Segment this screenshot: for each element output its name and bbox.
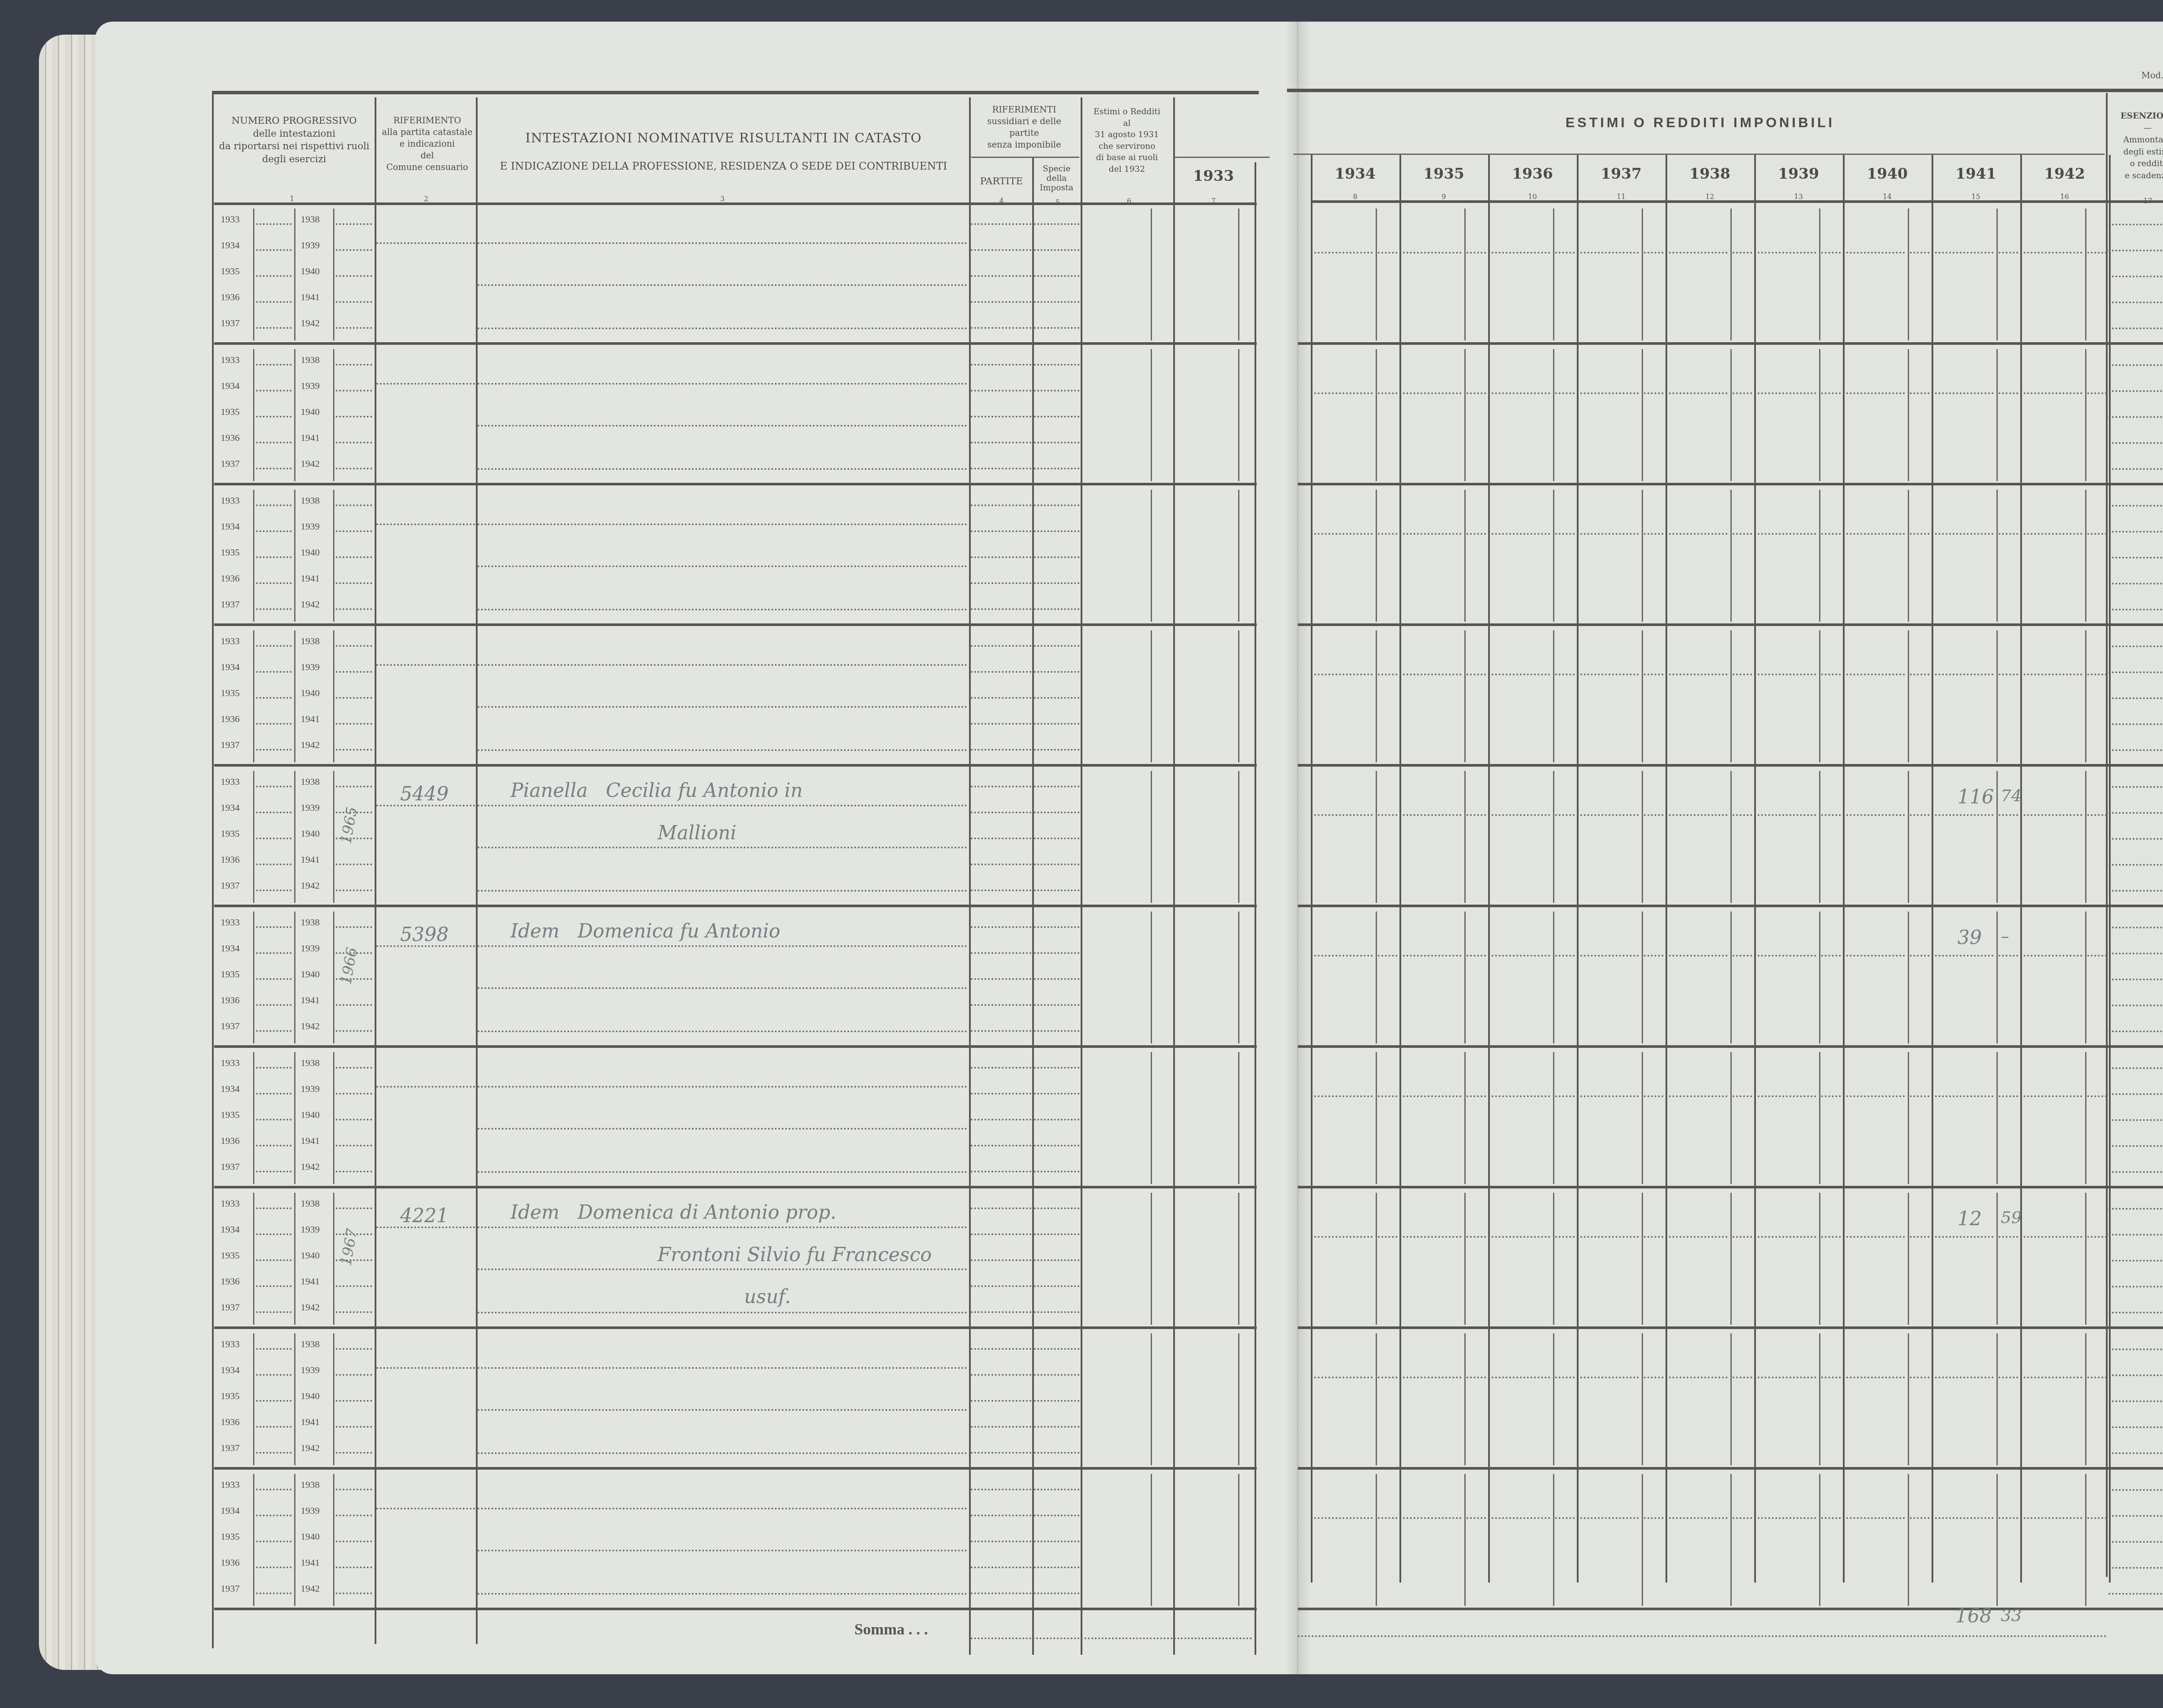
header-col2-line: e indicazioni	[376, 138, 478, 150]
somma-1941-cent: 33	[2001, 1606, 2022, 1625]
cell-dots	[971, 1004, 1031, 1006]
cell-dots	[1758, 1236, 1816, 1238]
header-col45-line: sussidiari e delle partite	[971, 116, 1077, 139]
col-divider	[294, 1193, 295, 1325]
cell-dots	[1314, 1377, 1373, 1378]
row-year: 1941	[301, 1276, 320, 1287]
year-dots	[256, 416, 292, 417]
cent-divider	[1996, 349, 1998, 481]
row-year: 1934	[221, 240, 240, 251]
amount-1941-cent: 59	[2001, 1208, 2022, 1227]
cell-dots	[1034, 1400, 1079, 1402]
cent-divider	[1464, 490, 1466, 622]
year-dots	[336, 1145, 372, 1146]
block-separator	[214, 764, 1257, 767]
cell-dots	[1378, 1236, 1397, 1238]
year-dots	[256, 504, 292, 506]
year-dots	[256, 952, 292, 954]
cent-divider	[1464, 1193, 1466, 1325]
cent-divider	[1730, 1333, 1732, 1465]
cell-dots	[1034, 364, 1079, 366]
cell-dots	[1580, 533, 1639, 535]
col-divider	[2106, 93, 2108, 1577]
cent-divider	[1908, 912, 1909, 1043]
row-year: 1933	[221, 917, 240, 928]
esenzioni-dots	[2108, 1400, 2163, 1402]
owner-name-line-1: Idem Domenica fu Antonio	[510, 920, 780, 942]
block-separator	[1298, 1045, 2163, 1048]
cell-dots	[1034, 697, 1079, 699]
col-divider	[253, 1052, 254, 1184]
cell-dots	[1034, 723, 1079, 725]
esenzioni-dots	[2108, 1489, 2163, 1491]
cell-dots	[1034, 1348, 1079, 1350]
row-year: 1936	[221, 1416, 240, 1428]
row-year: 1939	[301, 661, 320, 673]
col-divider	[294, 349, 295, 481]
year-header-1936: 1936	[1488, 164, 1577, 184]
cell-dots	[971, 416, 1031, 417]
cell-dots	[971, 749, 1031, 751]
cell-dots	[1467, 955, 1486, 957]
header-col6-line: che servirono	[1081, 141, 1172, 152]
row-year: 1940	[301, 687, 320, 699]
cell-dots	[2087, 533, 2107, 535]
row-year: 1936	[221, 995, 240, 1006]
esenzioni-dots	[2108, 927, 2163, 928]
cent-divider	[1996, 630, 1998, 762]
col-number: 15	[1967, 193, 1985, 201]
cent-divider	[1819, 490, 1820, 622]
year-col-divider	[1311, 155, 1313, 1583]
header-col1-line: delle intestazioni	[214, 128, 374, 141]
cell-dots	[2024, 252, 2082, 254]
year-dots	[336, 1093, 372, 1095]
block-separator	[214, 1186, 1257, 1188]
esenzioni-dots	[2108, 1567, 2163, 1569]
year-dots	[256, 978, 292, 980]
row-year: 1940	[301, 266, 320, 277]
year-dots	[336, 1348, 372, 1350]
cell-dots	[1378, 955, 1397, 957]
cell-dots	[1378, 1377, 1397, 1378]
cell-dots	[1669, 1377, 1727, 1378]
cell-dots	[1034, 582, 1079, 584]
cent-divider	[1819, 1193, 1820, 1325]
cell-dots	[1555, 674, 1575, 675]
row-year: 1936	[221, 1135, 240, 1146]
row-year: 1934	[221, 1364, 240, 1376]
year-dots	[336, 504, 372, 506]
cell-dots	[1999, 392, 2018, 394]
cent-divider	[1642, 1193, 1643, 1325]
cell-dots	[1910, 1517, 1929, 1519]
row-year: 1933	[221, 1339, 240, 1350]
cent-divider	[1151, 349, 1152, 481]
year-dots	[336, 1311, 372, 1313]
year-dots	[256, 1515, 292, 1516]
col-divider	[253, 630, 254, 762]
cent-divider	[2085, 1333, 2086, 1465]
cell-dots	[1555, 1517, 1575, 1519]
cell-dots	[1034, 1004, 1079, 1006]
cent-divider	[1238, 349, 1239, 481]
year-dots	[256, 864, 292, 865]
esenzioni-dots	[2108, 1145, 2163, 1147]
year-dots	[256, 1592, 292, 1594]
year-header-1934: 1934	[1311, 164, 1399, 184]
cent-divider	[1553, 1052, 1554, 1184]
year-dots	[256, 1374, 292, 1376]
row-year: 1933	[221, 495, 240, 506]
cell-dots	[1034, 1311, 1079, 1313]
col-divider	[294, 630, 295, 762]
cell-dots	[1821, 1377, 1841, 1378]
header-col7-year: 1933	[1175, 167, 1252, 186]
cell-dots	[1999, 674, 2018, 675]
name-line-dots	[478, 1367, 967, 1369]
partita-dots	[376, 664, 475, 666]
cent-divider	[1151, 1474, 1152, 1606]
cell-dots	[1034, 301, 1079, 303]
header-col45: RIFERIMENTI sussidiari e delle partite s…	[971, 104, 1077, 151]
year-dots	[256, 812, 292, 813]
cell-dots	[2024, 392, 2082, 394]
esenzioni-dots	[2108, 890, 2163, 892]
cell-dots	[1034, 390, 1079, 392]
cent-divider	[2085, 209, 2086, 340]
cell-dots	[1733, 1095, 1752, 1097]
header-col1-line: da riportarsi nei rispettivi ruoli	[214, 140, 374, 153]
cell-dots	[1555, 955, 1575, 957]
cell-dots	[1034, 1452, 1079, 1454]
cell-dots	[2087, 1236, 2107, 1238]
cent-divider	[1819, 630, 1820, 762]
year-dots	[256, 1541, 292, 1542]
year-dots	[256, 442, 292, 443]
year-dots	[336, 864, 372, 865]
esenzioni-dots	[2108, 838, 2163, 840]
cell-dots	[1314, 1236, 1373, 1238]
cent-divider	[1238, 1193, 1239, 1325]
cent-divider	[1908, 1052, 1909, 1184]
cent-divider	[1238, 771, 1239, 903]
esenzioni-dots	[2108, 1452, 2163, 1454]
year-dots	[256, 1348, 292, 1350]
row-year: 1933	[221, 776, 240, 787]
cell-dots	[1314, 814, 1373, 816]
name-line-dots	[478, 664, 967, 666]
year-col-divider	[1488, 155, 1490, 1583]
row-year: 1942	[301, 1161, 320, 1172]
cell-dots	[1910, 1095, 1929, 1097]
year-dots	[336, 582, 372, 584]
year-header-1937: 1937	[1577, 164, 1666, 184]
header-col1-line: degli esercizi	[214, 153, 374, 166]
cell-dots	[1034, 1030, 1079, 1032]
year-dots	[256, 1093, 292, 1095]
name-line-dots	[478, 284, 967, 286]
name-line-dots	[478, 987, 967, 989]
cell-dots	[1403, 814, 1461, 816]
cell-dots	[971, 1207, 1031, 1209]
col-number: 8	[1347, 193, 1364, 201]
row-year: 1941	[301, 432, 320, 443]
cell-dots	[1644, 674, 1663, 675]
col-divider	[294, 912, 295, 1043]
cell-dots	[1910, 955, 1929, 957]
cell-dots	[971, 1285, 1031, 1287]
name-line-dots	[478, 242, 967, 244]
cell-dots	[1733, 1236, 1752, 1238]
cell-dots	[1669, 1517, 1727, 1519]
col-number: 13	[1790, 193, 1807, 201]
col-divider	[253, 1474, 254, 1606]
row-year: 1935	[221, 1250, 240, 1261]
header-col6-line: Estimi o Redditi	[1081, 106, 1172, 118]
cent-divider	[1376, 630, 1377, 762]
cell-dots	[1580, 1377, 1639, 1378]
cent-divider	[1464, 209, 1466, 340]
form-id: Mod. 111 - Imposte Dirette (Intercalare)…	[2141, 70, 2163, 80]
cell-dots	[1555, 392, 1575, 394]
cell-dots	[1758, 1095, 1816, 1097]
header-divider	[971, 157, 1079, 158]
col-divider	[294, 1333, 295, 1465]
row-year: 1936	[221, 573, 240, 584]
book-gutter	[1285, 22, 1311, 1674]
row-year: 1935	[221, 406, 240, 417]
block-separator	[214, 623, 1257, 626]
year-dots	[336, 530, 372, 532]
row-year: 1939	[301, 943, 320, 954]
cell-dots	[1999, 1377, 2018, 1378]
esenzioni-dots	[2108, 224, 2163, 225]
cell-dots	[1034, 1067, 1079, 1069]
row-year: 1937	[221, 318, 240, 329]
row-year: 1941	[301, 573, 320, 584]
cell-dots	[1580, 674, 1639, 675]
name-line-dots	[478, 1508, 967, 1509]
esenzioni-dots	[2108, 505, 2163, 507]
name-line-dots	[478, 425, 967, 427]
esenzioni-line: Ammontare	[2108, 134, 2163, 146]
amount-1941-lire: 39	[1958, 927, 1982, 949]
cell-dots	[1034, 864, 1079, 865]
partita-dots	[376, 242, 475, 244]
cell-dots	[1314, 392, 1373, 394]
row-year: 1938	[301, 354, 320, 366]
cent-divider	[1908, 349, 1909, 481]
col-number: 16	[2056, 193, 2073, 201]
year-dots	[336, 1374, 372, 1376]
cell-dots	[1034, 608, 1079, 610]
cell-dots	[971, 530, 1031, 532]
cell-dots	[1034, 1119, 1079, 1120]
year-dots	[336, 556, 372, 558]
cell-dots	[971, 812, 1031, 813]
esenzioni-dots	[2108, 1593, 2163, 1595]
year-header-1942: 1942	[2020, 164, 2109, 184]
header-col6-line: del 1932	[1081, 164, 1172, 175]
cent-divider	[1730, 912, 1732, 1043]
year-dots	[256, 1311, 292, 1313]
cell-dots	[1846, 533, 1905, 535]
esenzioni-line: o redditi	[2108, 158, 2163, 170]
block-separator	[1298, 342, 2163, 345]
block-separator	[1298, 1186, 2163, 1188]
cell-dots	[1034, 1233, 1079, 1235]
col-number: 11	[1613, 193, 1630, 201]
cell-dots	[1733, 1517, 1752, 1519]
cell-dots	[1669, 814, 1727, 816]
row-year: 1937	[221, 458, 240, 469]
esenzioni-dots	[2108, 1348, 2163, 1350]
cent-divider	[2085, 490, 2086, 622]
row-year: 1938	[301, 917, 320, 928]
cent-divider	[1996, 1193, 1998, 1325]
year-dots	[256, 926, 292, 928]
cell-dots	[1644, 814, 1663, 816]
cell-dots	[1467, 1095, 1486, 1097]
name-line-dots	[478, 706, 967, 708]
cell-dots	[1403, 533, 1461, 535]
cell-dots	[1910, 1236, 1929, 1238]
cell-dots	[1733, 252, 1752, 254]
col-divider	[333, 349, 334, 481]
cell-dots	[971, 223, 1031, 225]
cell-dots	[1999, 955, 2018, 957]
row-year: 1933	[221, 354, 240, 366]
year-dots	[336, 926, 372, 928]
year-dots	[256, 723, 292, 725]
cell-dots	[971, 952, 1031, 954]
row-year: 1934	[221, 1224, 240, 1235]
cent-divider	[1151, 1052, 1152, 1184]
col-number: 9	[1435, 193, 1453, 201]
cell-dots	[1999, 252, 2018, 254]
esenzioni-dots	[2108, 276, 2163, 277]
row-year: 1940	[301, 1250, 320, 1261]
cell-dots	[971, 1233, 1031, 1235]
cell-dots	[971, 275, 1031, 277]
cent-divider	[2085, 771, 2086, 903]
cell-dots	[1034, 327, 1079, 329]
cell-dots	[1492, 1236, 1550, 1238]
cell-dots	[2087, 674, 2107, 675]
cell-dots	[1669, 252, 1727, 254]
header-divider	[1293, 154, 2105, 155]
col-divider	[294, 490, 295, 622]
row-year: 1935	[221, 1390, 240, 1402]
year-header-1938: 1938	[1666, 164, 1754, 184]
row-year: 1934	[221, 1083, 240, 1095]
header-col45-line: senza imponibile	[971, 139, 1077, 151]
year-dots	[336, 1030, 372, 1032]
cell-dots	[1821, 955, 1841, 957]
cell-dots	[1492, 1377, 1550, 1378]
row-year: 1935	[221, 687, 240, 699]
cent-divider	[1464, 630, 1466, 762]
cell-dots	[971, 786, 1031, 787]
cell-dots	[971, 978, 1031, 980]
esenzioni-dash: —	[2108, 122, 2163, 135]
cell-dots	[1034, 556, 1079, 558]
name-line-dots	[478, 1171, 967, 1173]
col-divider	[1255, 162, 1256, 1655]
col-divider	[333, 1193, 334, 1325]
name-line-dots	[478, 847, 967, 848]
table-top-border	[1287, 89, 2163, 92]
cent-divider	[1376, 1193, 1377, 1325]
cell-dots	[1846, 674, 1905, 675]
cent-divider	[2085, 349, 2086, 481]
cell-dots	[971, 1592, 1031, 1594]
year-header-1941: 1941	[1932, 164, 2020, 184]
cell-dots	[2024, 533, 2082, 535]
cell-dots	[1492, 674, 1550, 675]
esenzioni-dots	[2108, 557, 2163, 559]
cell-dots	[1034, 1515, 1079, 1516]
row-year: 1942	[301, 599, 320, 610]
row-year: 1934	[221, 661, 240, 673]
block-separator	[1298, 1467, 2163, 1470]
year-dots	[336, 327, 372, 329]
row-year: 1935	[221, 1109, 240, 1120]
year-dots	[336, 1592, 372, 1594]
cell-dots	[1034, 952, 1079, 954]
name-line-dots	[478, 1312, 967, 1313]
col-divider	[294, 209, 295, 340]
cell-dots	[1758, 1377, 1816, 1378]
esenzioni-dots	[2108, 645, 2163, 647]
block-separator	[214, 1608, 1257, 1610]
cell-dots	[1580, 392, 1639, 394]
year-dots	[336, 786, 372, 787]
name-line-dots	[478, 1086, 967, 1088]
cent-divider	[1642, 349, 1643, 481]
esenzioni-dots	[2108, 1515, 2163, 1517]
row-year: 1935	[221, 828, 240, 839]
cell-dots	[1758, 252, 1816, 254]
esenzioni-dots	[2108, 250, 2163, 251]
cell-dots	[1935, 533, 1993, 535]
cell-dots	[1669, 1095, 1727, 1097]
cent-divider	[1908, 1333, 1909, 1465]
year-col-divider	[1399, 155, 1401, 1583]
name-line-dots	[478, 749, 967, 751]
cell-dots	[1034, 1145, 1079, 1146]
year-dots	[256, 301, 292, 303]
cell-dots	[1034, 1567, 1079, 1568]
cell-dots	[1034, 275, 1079, 277]
partita-dots	[376, 1508, 475, 1509]
cell-dots	[971, 1067, 1031, 1069]
cell-dots	[1378, 533, 1397, 535]
somma-label: Somma . . .	[854, 1620, 928, 1638]
cell-dots	[1935, 1236, 1993, 1238]
cell-dots	[1733, 533, 1752, 535]
esenzioni-dots	[2108, 786, 2163, 788]
cell-dots	[1758, 392, 1816, 394]
esenzioni-dots	[2108, 723, 2163, 725]
cell-dots	[1314, 1517, 1373, 1519]
cent-divider	[1553, 912, 1554, 1043]
year-dots	[256, 390, 292, 392]
esenzioni-dots	[2108, 1005, 2163, 1006]
cell-dots	[1034, 838, 1079, 839]
cell-dots	[971, 1452, 1031, 1454]
